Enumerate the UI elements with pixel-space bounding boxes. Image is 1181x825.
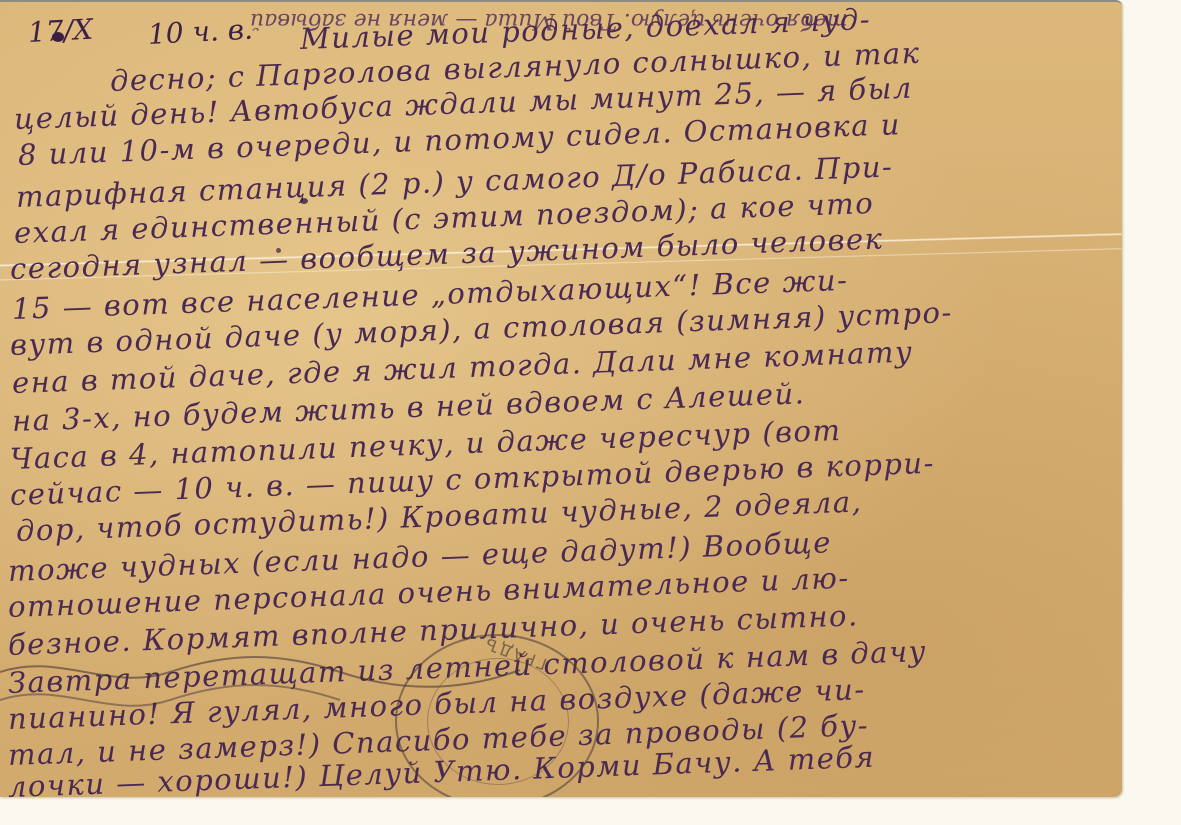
postmark-inner-ring bbox=[427, 658, 569, 785]
postmark-stamp: ГРАДЪ bbox=[395, 634, 599, 797]
ink-blot bbox=[276, 248, 281, 253]
ink-blot bbox=[52, 32, 64, 42]
ink-blot bbox=[300, 198, 308, 204]
time-written: 10 ч. в. bbox=[147, 13, 254, 51]
date: 17/X bbox=[27, 13, 94, 49]
postcard: тебя очень целую. Твой Миша — меня не за… bbox=[0, 0, 1122, 797]
scanned-page: тебя очень целую. Твой Миша — меня не за… bbox=[0, 0, 1181, 825]
